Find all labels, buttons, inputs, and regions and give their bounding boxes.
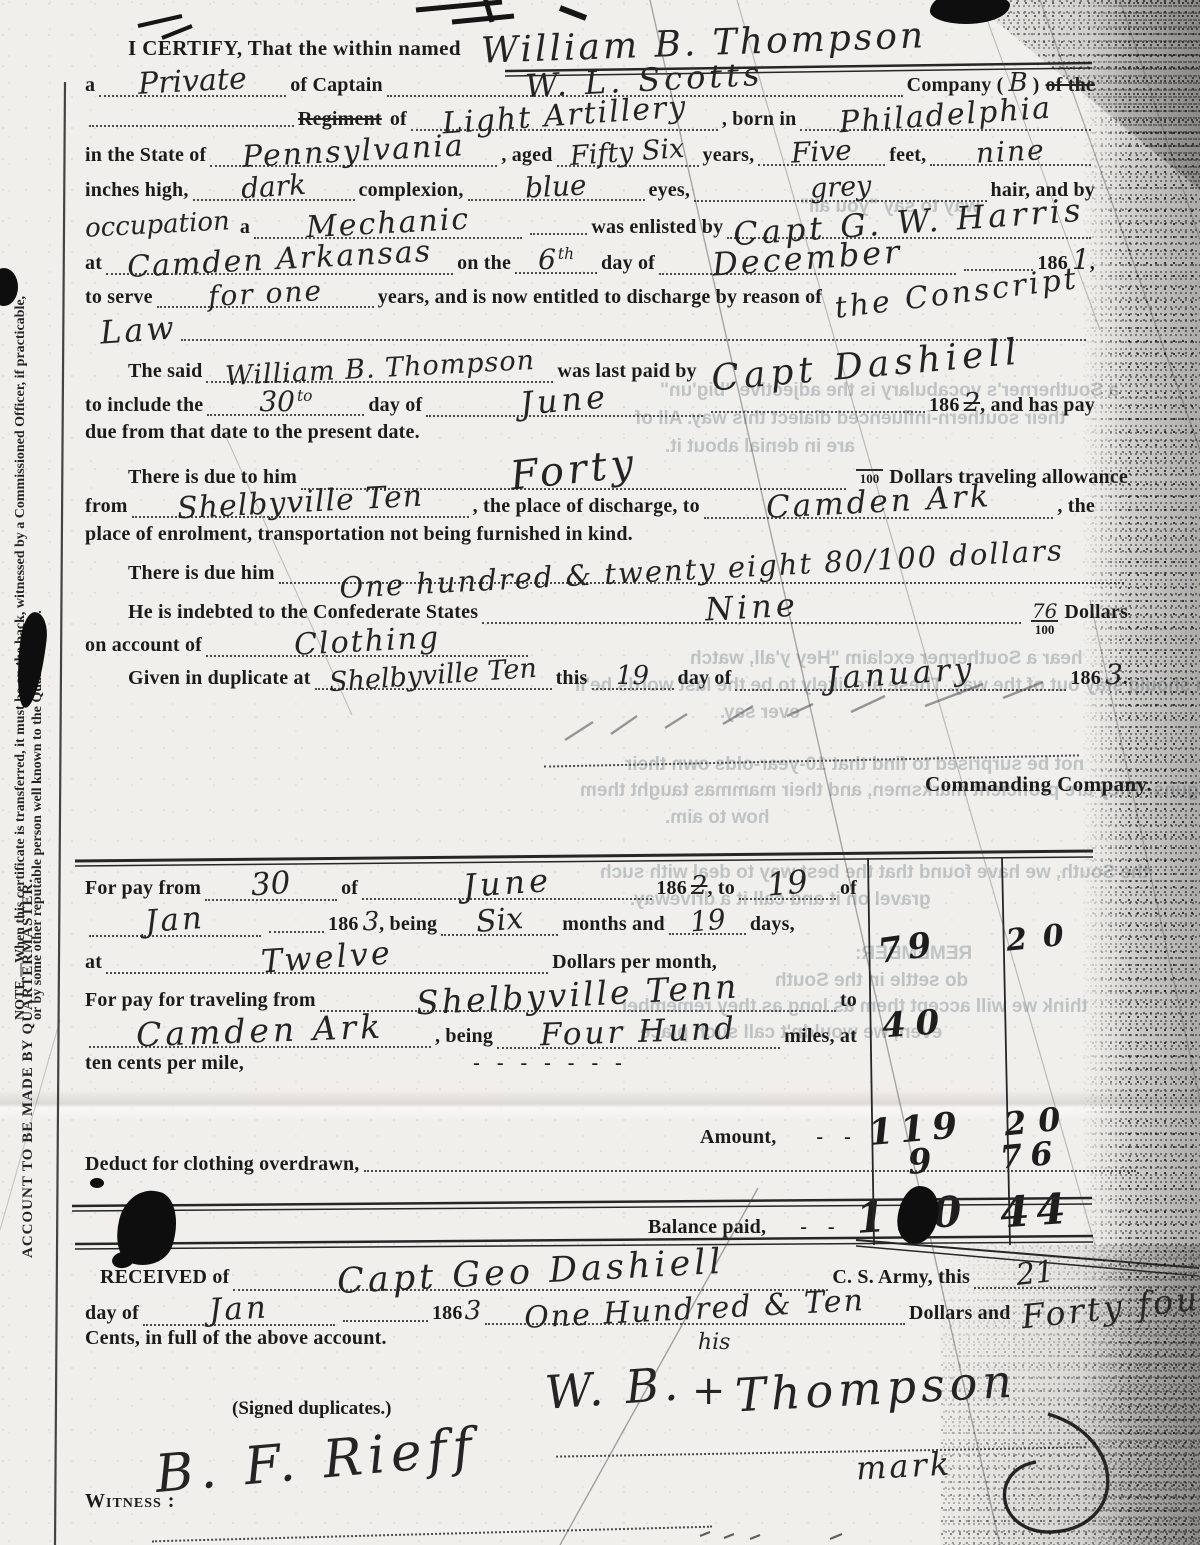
regiment-handwriting: Light Artillery <box>441 93 688 137</box>
enlistment-month-handwriting: December <box>711 237 903 279</box>
label: due from that date to the present date. <box>85 421 420 444</box>
dash-leader: - - - - - - - <box>244 1052 857 1075</box>
receipt-dollars-handwriting: One Hundred & Ten <box>524 1287 866 1332</box>
ink-blot <box>930 0 1010 24</box>
label: years, and is now entitled to discharge … <box>378 286 822 309</box>
enrolment-line: place of enrolment, transportation not b… <box>85 523 633 546</box>
receipt-month-handwriting: Jan <box>208 1294 269 1325</box>
receipt-cents-handwriting: Forty fou <box>1019 1284 1200 1332</box>
label: Dollars and <box>909 1302 1011 1325</box>
label: a <box>85 74 95 97</box>
eye-color-handwriting: blue <box>525 172 588 200</box>
witness-signature-handwriting: B. F. Rieff <box>154 1424 480 1499</box>
struck-label: of the <box>1045 74 1095 97</box>
feet-handwriting: Five <box>791 137 853 165</box>
label: day of <box>601 252 655 275</box>
pay-from-year-digit-handwriting: 2 <box>691 875 708 898</box>
certify-line-6: occupation a Mechanic was enlisted by Ca… <box>85 208 1095 239</box>
label: this <box>556 667 588 690</box>
pay-due-line: due from that date to the present date. <box>85 421 420 444</box>
label: months and <box>562 913 665 936</box>
his-mark-cross: his + <box>692 1373 726 1409</box>
pay-to-day-handwriting: 19 <box>766 867 809 899</box>
year-prefix-label: 186 <box>328 913 359 936</box>
inches-handwriting: nine <box>975 137 1046 166</box>
label: day of <box>368 394 422 417</box>
indebted-cents-handwriting: 76 <box>1032 602 1057 620</box>
label: , aged <box>501 144 552 167</box>
mark-word-handwriting: mark <box>855 1450 952 1484</box>
label: at <box>85 951 102 974</box>
label: Company ( <box>907 74 1004 97</box>
label: . <box>1123 667 1128 690</box>
rank-handwriting: Private <box>138 65 248 98</box>
label: eyes, <box>649 179 691 202</box>
balance-cents-figure: 44 <box>998 1184 1074 1238</box>
label: For pay from <box>85 877 201 900</box>
label: of <box>390 108 407 131</box>
certify-lead-label: I CERTIFY, That the within named <box>128 36 461 61</box>
pay-from-line: For pay from 30 of June 186 2 , to 19 of <box>85 869 857 901</box>
discharge-place-line: from Shelbyville Ten , the place of disc… <box>85 489 1095 519</box>
hair-color-handwriting: grey <box>809 174 872 201</box>
label: at <box>85 252 102 275</box>
label: inches high, <box>85 179 189 202</box>
label: of Captain <box>290 74 383 97</box>
certify-line-3: Regiment of Light Artillery , born in Ph… <box>85 102 1095 131</box>
received-from-handwriting: Capt Geo Dashiell <box>336 1247 725 1299</box>
certify-line-2: a Private of Captain W. L. Scotts Compan… <box>85 66 1095 97</box>
label: place of enrolment, transportation not b… <box>85 523 633 546</box>
certify-line-4: in the State of Pennsylvania , aged Fift… <box>85 138 1095 167</box>
label: , to <box>707 877 734 900</box>
margin-account-note: ACCOUNT TO BE MADE BY QUARTERMASTER. <box>20 878 37 1258</box>
label: a <box>240 216 250 239</box>
last-paid-line: The said William B. Thompson was last pa… <box>128 350 1128 383</box>
clothing-handwriting: Clothing <box>293 624 440 659</box>
bleedthrough-text: ever say. <box>720 702 800 724</box>
rate-per-mile-line: ten cents per mile, - - - - - - - <box>85 1052 857 1075</box>
receipt-amount-line: day of Jan 186 3 One Hundred & Ten Dolla… <box>85 1293 1200 1326</box>
given-place-handwriting: Shelbyville Ten <box>328 657 537 696</box>
year-prefix-label: 186 <box>929 394 960 417</box>
label: feet, <box>889 144 926 167</box>
pay-cents-figure: 20 <box>1004 916 1081 959</box>
label: Dollars <box>1064 601 1128 624</box>
label: from <box>85 495 128 518</box>
fraction-100-label: 100 <box>856 469 884 485</box>
age-handwriting: Fifty Six <box>570 137 686 169</box>
state-handwriting: Pennsylvania <box>242 132 466 171</box>
scanned-discharge-certificate: way to say "you all" a Southerner's voca… <box>0 0 1200 1545</box>
balance-label: Balance paid, <box>648 1216 766 1239</box>
label: in the State of <box>85 144 206 167</box>
commanding-company-line: Commanding Company. <box>925 772 1152 797</box>
soldier-signature: W. B. his + Thompson <box>545 1368 1017 1409</box>
paid-to-year-digit-handwriting: 2 <box>964 392 981 415</box>
label: , <box>1090 252 1095 275</box>
certify-line-8: to serve for one years, and is now entit… <box>85 280 1145 309</box>
year-prefix-label: 186 <box>1070 667 1101 690</box>
pay-from-day-handwriting: 30 <box>250 870 291 901</box>
signed-duplicates-line: (Signed duplicates.) <box>232 1398 391 1420</box>
amount-label: Amount, <box>700 1126 776 1149</box>
amount-due-handwriting: One hundred & twenty eight 80/100 dollar… <box>339 537 1065 601</box>
label: on account of <box>85 634 202 657</box>
pay-to-month-handwriting: Jan <box>144 905 206 937</box>
fraction-100-label: 100 <box>1031 620 1059 636</box>
receipt-year-digit-handwriting: 3 <box>465 1300 482 1323</box>
label: , born in <box>722 108 797 131</box>
soldier-signature-line <box>556 1443 1086 1457</box>
label: , the place of discharge, to <box>473 495 700 518</box>
travel-to-line: Camden Ark , being Four Hund miles, at <box>85 1016 857 1049</box>
dash-leader: - - <box>800 1216 842 1239</box>
term-handwriting: for one <box>207 278 323 309</box>
certify-line-7: at Camden Arkansas on the 6th day of Dec… <box>85 244 1095 275</box>
pay-to-year-digit-handwriting: 3 <box>363 911 380 934</box>
days-count-handwriting: 19 <box>689 906 727 934</box>
pay-dollars-figure: 79 <box>876 924 940 972</box>
label: complexion, <box>359 179 464 202</box>
enrolment-place-handwriting: Camden Ark <box>765 483 992 523</box>
receipt-cents-line: Cents, in full of the above account. <box>85 1327 387 1350</box>
occupation-word-handwriting: occupation <box>84 210 230 241</box>
deduct-label: Deduct for clothing overdrawn, <box>85 1153 360 1176</box>
travel-pay-line: For pay for traveling from Shelbyville T… <box>85 980 857 1012</box>
amount-due-line: There is due him One hundred & twenty ei… <box>128 556 1128 585</box>
discharge-reason-continued-handwriting: Law <box>99 313 178 347</box>
label: Cents, in full of the above account. <box>85 1327 387 1350</box>
travel-to-handwriting: Camden Ark <box>135 1012 384 1050</box>
label: There is due him <box>128 562 275 585</box>
label: , being <box>379 913 437 936</box>
label: to serve <box>85 286 153 309</box>
miles-count-handwriting: Four Hund <box>540 1016 738 1051</box>
given-month-handwriting: January <box>825 656 976 694</box>
label: day of <box>678 667 732 690</box>
label: ten cents per mile, <box>85 1052 244 1075</box>
his-label-handwriting: his <box>698 1333 731 1353</box>
mark-cross-handwriting: + <box>692 1373 726 1409</box>
bleedthrough-text: how to aim. <box>665 807 770 829</box>
dash-leader: - - <box>816 1126 858 1149</box>
label: , and has pay <box>980 394 1095 417</box>
paid-to-day-handwriting: 30to <box>259 389 312 414</box>
enlistment-day-handwriting: 6th <box>538 247 574 272</box>
label: , being <box>435 1025 493 1048</box>
signature-initials-handwriting: W. B. <box>544 1363 683 1414</box>
struck-regiment-label: Regiment <box>298 108 382 131</box>
deduct-line: Deduct for clothing overdrawn, <box>85 1153 1140 1176</box>
year-prefix-label: 186 <box>432 1302 463 1325</box>
year-prefix-label: 186 <box>656 877 687 900</box>
balance-line: Balance paid, - - <box>648 1216 843 1239</box>
given-year-digit-handwriting: 3 <box>1105 662 1123 687</box>
complexion-handwriting: dark <box>240 172 307 202</box>
given-day-handwriting: 19 <box>616 665 649 688</box>
discharge-place-handwriting: Shelbyville Ten <box>177 483 424 523</box>
label: of <box>840 877 857 900</box>
paid-to-month-handwriting: June <box>519 382 610 418</box>
received-label: RECEIVED of <box>100 1266 229 1289</box>
label: days, <box>750 913 795 936</box>
pay-from-month-handwriting: June <box>462 866 553 901</box>
certify-line-1: I CERTIFY, That the within named William… <box>128 28 1118 61</box>
label: years, <box>703 144 755 167</box>
label: to include the <box>85 394 203 417</box>
soldier-name-handwriting: William B. Thompson <box>224 349 535 389</box>
signature-surname-handwriting: Thompson <box>735 1361 1019 1417</box>
on-account-line: on account of Clothing <box>85 628 705 657</box>
certify-line-5: inches high, dark complexion, blue eyes,… <box>85 174 1095 202</box>
label: on the <box>457 252 511 275</box>
ink-blot <box>90 1178 104 1188</box>
receipt-day-handwriting: 21 <box>1015 1258 1056 1289</box>
given-in-duplicate-line: Given in duplicate at Shelbyville Ten th… <box>128 661 1128 691</box>
include-date-line: to include the 30to day of June 186 2 , … <box>85 386 1095 417</box>
label: of <box>341 877 358 900</box>
witness-signature-line <box>152 1523 712 1543</box>
enlistment-place-handwriting: Camden Arkansas <box>126 238 432 281</box>
deduct-cents-figure: 76 <box>998 1133 1062 1176</box>
pay-to-line: Jan 186 3 , being Six months and 19 days… <box>85 907 857 937</box>
label: to <box>840 989 857 1012</box>
months-count-handwriting: Six <box>475 905 524 936</box>
label: The said <box>128 360 202 383</box>
label: day of <box>85 1302 139 1325</box>
deduct-dollars-figure: 9 <box>906 1141 933 1183</box>
label: was enlisted by <box>591 216 723 239</box>
monthly-rate-handwriting: Twelve <box>260 938 393 976</box>
signed-duplicates-label: (Signed duplicates.) <box>232 1398 391 1420</box>
label: Given in duplicate at <box>128 667 311 690</box>
travel-allowance-amount-handwriting: Forty <box>508 445 639 494</box>
amount-line: Amount, - - <box>700 1126 859 1149</box>
label: , the <box>1057 495 1095 518</box>
received-line: RECEIVED of Capt Geo Dashiell C. S. Army… <box>100 1257 1100 1291</box>
label: miles, at <box>784 1025 857 1048</box>
indebted-amount-handwriting: Nine <box>704 591 799 625</box>
birthplace-handwriting: Philadelphia <box>838 95 1053 137</box>
travel-dollars-figure: 40 <box>881 1002 951 1047</box>
label: For pay for traveling from <box>85 989 316 1012</box>
commanding-company-label: Commanding Company. <box>925 772 1152 797</box>
